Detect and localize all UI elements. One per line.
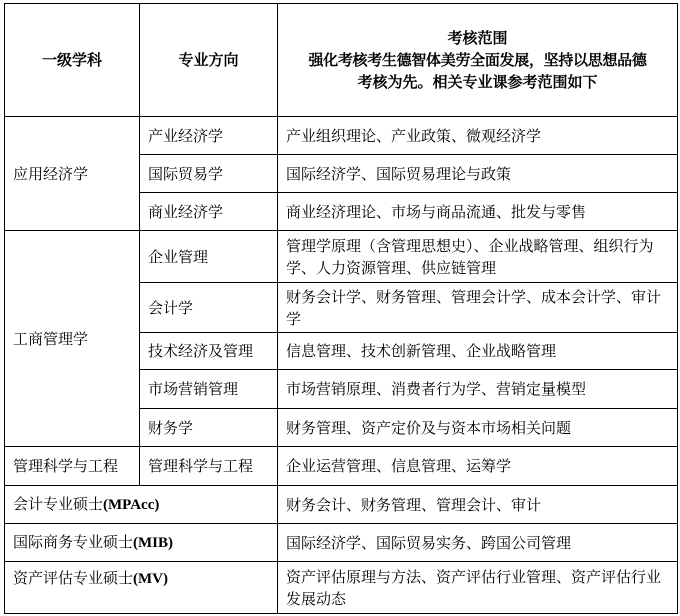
program-abbr: (MV) xyxy=(133,571,168,587)
table-row: 应用经济学 产业经济学 产业组织理论、产业政策、微观经济学 xyxy=(5,117,678,155)
direction-cell: 商业经济学 xyxy=(140,193,278,231)
program-cell: 资产评估专业硕士(MV) xyxy=(5,562,278,614)
scope-cell: 信息管理、技术创新管理、企业战略管理 xyxy=(278,333,678,370)
direction-cell: 产业经济学 xyxy=(140,117,278,155)
header-direction: 专业方向 xyxy=(140,4,278,117)
table-row: 管理科学与工程 管理科学与工程 企业运营管理、信息管理、运筹学 xyxy=(5,447,678,486)
program-name: 资产评估专业硕士 xyxy=(13,569,133,587)
direction-cell: 企业管理 xyxy=(140,231,278,283)
program-name: 国际商务专业硕士 xyxy=(13,533,133,551)
program-cell: 国际商务专业硕士(MIB) xyxy=(5,524,278,562)
discipline-cell: 管理科学与工程 xyxy=(5,447,140,486)
scope-cell: 财务管理、资产定价及与资本市场相关问题 xyxy=(278,409,678,447)
table-row: 工商管理学 企业管理 管理学原理（含管理思想史）、企业战略管理、组织行为学、人力… xyxy=(5,231,678,283)
direction-cell: 管理科学与工程 xyxy=(140,447,278,486)
scope-cell: 企业运营管理、信息管理、运筹学 xyxy=(278,447,678,486)
header-discipline: 一级学科 xyxy=(5,4,140,117)
scope-cell: 产业组织理论、产业政策、微观经济学 xyxy=(278,117,678,155)
program-name: 会计专业硕士 xyxy=(13,495,103,513)
direction-cell: 技术经济及管理 xyxy=(140,333,278,370)
direction-cell: 市场营销管理 xyxy=(140,370,278,409)
scope-cell: 资产评估原理与方法、资产评估行业管理、资产评估行业发展动态 xyxy=(278,562,678,614)
header-row: 一级学科 专业方向 考核范围 强化考核考生德智体美劳全面发展，坚持以思想品德 考… xyxy=(5,4,678,117)
scope-cell: 财务会计、财务管理、管理会计、审计 xyxy=(278,486,678,524)
scope-cell: 财务会计学、财务管理、管理会计学、成本会计学、审计学 xyxy=(278,283,678,333)
scope-cell: 国际经济学、国际贸易实务、跨国公司管理 xyxy=(278,524,678,562)
header-scope: 考核范围 强化考核考生德智体美劳全面发展，坚持以思想品德 考核为先。相关专业课参… xyxy=(278,4,678,117)
program-abbr: (MPAcc) xyxy=(103,497,159,513)
scope-cell: 市场营销原理、消费者行为学、营销定量模型 xyxy=(278,370,678,409)
table-row: 国际商务专业硕士(MIB) 国际经济学、国际贸易实务、跨国公司管理 xyxy=(5,524,678,562)
header-scope-line1: 强化考核考生德智体美劳全面发展，坚持以思想品德 xyxy=(286,49,669,71)
discipline-cell: 工商管理学 xyxy=(5,231,140,447)
table-row: 资产评估专业硕士(MV) 资产评估原理与方法、资产评估行业管理、资产评估行业发展… xyxy=(5,562,678,614)
header-scope-line2: 考核为先。相关专业课参考范围如下 xyxy=(286,71,669,93)
program-abbr: (MIB) xyxy=(133,535,173,551)
direction-cell: 国际贸易学 xyxy=(140,155,278,193)
scope-cell: 管理学原理（含管理思想史）、企业战略管理、组织行为学、人力资源管理、供应链管理 xyxy=(278,231,678,283)
header-scope-title: 考核范围 xyxy=(286,27,669,49)
table-row: 会计专业硕士(MPAcc) 财务会计、财务管理、管理会计、审计 xyxy=(5,486,678,524)
direction-cell: 会计学 xyxy=(140,283,278,333)
direction-cell: 财务学 xyxy=(140,409,278,447)
program-cell: 会计专业硕士(MPAcc) xyxy=(5,486,278,524)
exam-scope-table: 一级学科 专业方向 考核范围 强化考核考生德智体美劳全面发展，坚持以思想品德 考… xyxy=(4,3,678,614)
scope-cell: 国际经济学、国际贸易理论与政策 xyxy=(278,155,678,193)
scope-cell: 商业经济理论、市场与商品流通、批发与零售 xyxy=(278,193,678,231)
discipline-cell: 应用经济学 xyxy=(5,117,140,231)
